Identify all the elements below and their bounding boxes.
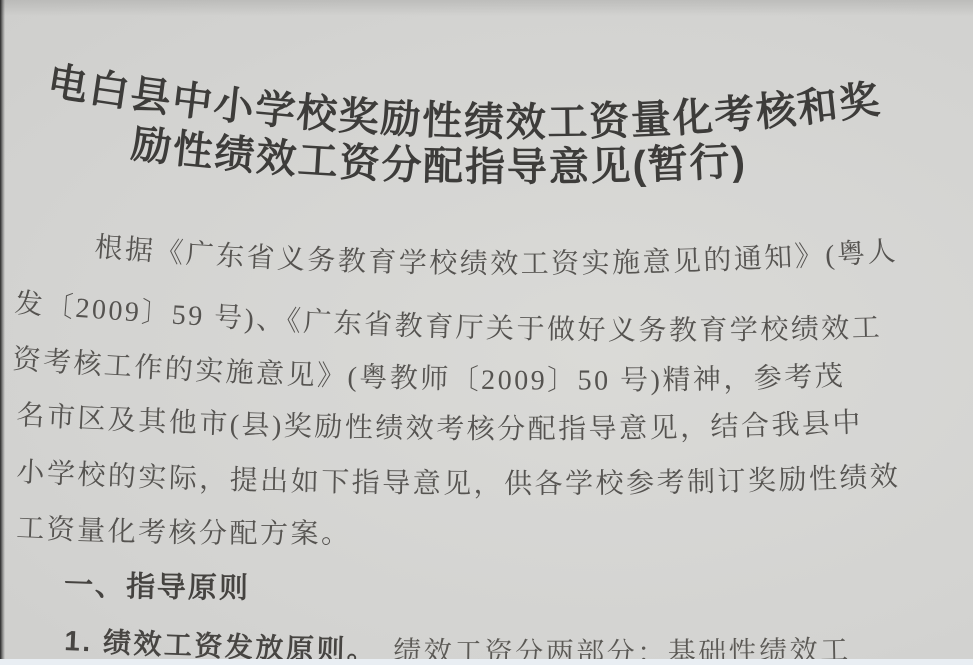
svg-text:名市区及其他市(县)奖励性绩效考核分配指导意见，结合我县中: 名市区及其他市(县)奖励性绩效考核分配指导意见，结合我县中 bbox=[16, 399, 864, 445]
paragraph-line-3: 资考核工作的实施意见》(粤教师〔2009〕50 号)精神，参考茂 bbox=[12, 343, 846, 397]
section-heading: 一、指导原则 bbox=[64, 569, 251, 605]
paragraph-line-6: 工资量化考核分配方案。 bbox=[16, 513, 352, 550]
paragraph-line-1: 根据《广东省义务教育学校绩效工资实施意见的通知》(粤人 bbox=[93, 231, 898, 280]
svg-text:一、指导原则: 一、指导原则 bbox=[64, 569, 251, 605]
paragraph-line-4: 名市区及其他市(县)奖励性绩效考核分配指导意见，结合我县中 bbox=[16, 399, 864, 445]
document-title: 电白县中小学校奖励性绩效工资量化考核和奖 励性绩效工资分配指导意见(暂行) bbox=[45, 60, 884, 190]
document-body: 根据《广东省义务教育学校绩效工资实施意见的通知》(粤人 发〔2009〕59 号)… bbox=[12, 231, 901, 665]
paragraph-line-5: 小学校的实际，提出如下指导意见，供各学校参考制订奖励性绩效 bbox=[16, 456, 901, 500]
photo-left-edge bbox=[0, 0, 5, 665]
svg-text:根据《广东省义务教育学校绩效工资实施意见的通知》(粤人: 根据《广东省义务教育学校绩效工资实施意见的通知》(粤人 bbox=[93, 231, 898, 280]
svg-text:发〔2009〕59 号)、《广东省教育厅关于做好义务教育学校: 发〔2009〕59 号)、《广东省教育厅关于做好义务教育学校绩效工 bbox=[13, 287, 882, 347]
document-page: 电白县中小学校奖励性绩效工资量化考核和奖 励性绩效工资分配指导意见(暂行) 根据… bbox=[0, 0, 973, 665]
photo-bottom-edge bbox=[0, 659, 973, 665]
paragraph-line-2: 发〔2009〕59 号)、《广东省教育厅关于做好义务教育学校绩效工 bbox=[13, 287, 882, 347]
document-photo: 电白县中小学校奖励性绩效工资量化考核和奖 励性绩效工资分配指导意见(暂行) 根据… bbox=[0, 0, 973, 665]
svg-text:小学校的实际，提出如下指导意见，供各学校参考制订奖励性绩效: 小学校的实际，提出如下指导意见，供各学校参考制订奖励性绩效 bbox=[16, 456, 901, 500]
svg-text:工资量化考核分配方案。: 工资量化考核分配方案。 bbox=[16, 513, 352, 550]
svg-text:资考核工作的实施意见》(粤教师〔2009〕50 号)精神，参: 资考核工作的实施意见》(粤教师〔2009〕50 号)精神，参考茂 bbox=[12, 343, 846, 397]
